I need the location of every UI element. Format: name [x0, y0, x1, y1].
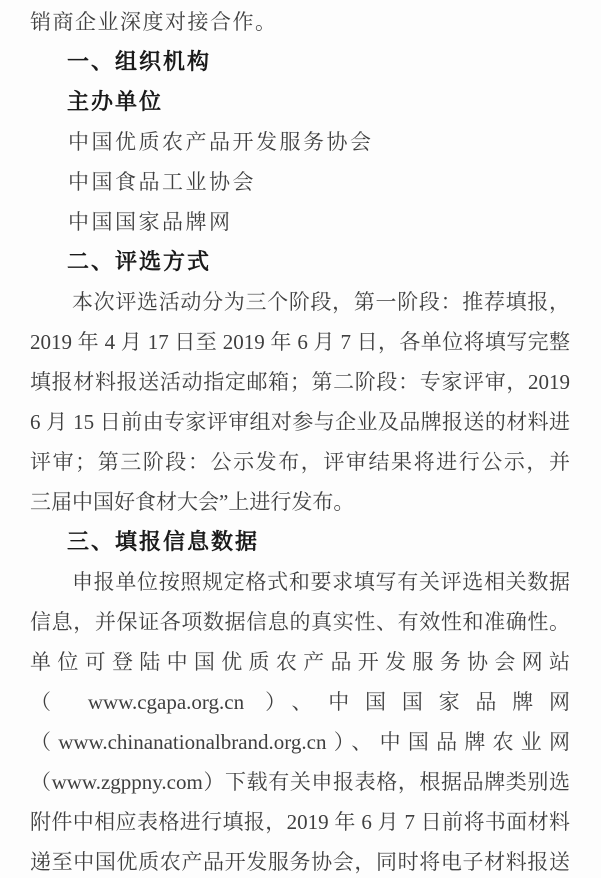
section-1-subheading: 主办单位 [67, 82, 570, 122]
body-line: 递至中国优质农产品开发服务协会，同时将电子材料报送至 [30, 842, 570, 878]
body-line-url: （www.chinanationalbrand.org.cn）、中国品牌农业网 [30, 722, 570, 762]
organizer-item: 中国食品工业协会 [68, 162, 570, 202]
document-page: 销商企业深度对接合作。 一、组织机构 主办单位 中国优质农产品开发服务协会 中国… [0, 0, 601, 878]
body-line: 信息，并保证各项数据信息的真实性、有效性和准确性。各 [30, 602, 570, 642]
body-line: 6 月 15 日前由专家评审组对参与企业及品牌报送的材料进行 [30, 402, 570, 442]
organizer-item: 中国优质农产品开发服务协会 [68, 122, 570, 162]
body-line: 本次评选活动分为三个阶段，第一阶段：推荐填报，自 [30, 282, 570, 322]
section-3-heading: 三、填报信息数据 [67, 522, 570, 562]
body-line: 填报材料报送活动指定邮箱；第二阶段：专家评审，2019 年 [30, 362, 570, 402]
body-line: 评审；第三阶段：公示发布，评审结果将进行公示，并在“第 [30, 442, 570, 482]
body-line-url: （ www.cgapa.org.cn ）、中国国家品牌网 [30, 682, 570, 722]
section-1-heading: 一、组织机构 [67, 42, 570, 82]
body-line: 2019 年 4 月 17 日至 2019 年 6 月 7 日，各单位将填写完整… [30, 322, 570, 362]
organizer-item: 中国国家品牌网 [68, 202, 570, 242]
body-line: 单位可登陆中国优质农产品开发服务协会网站 [30, 642, 570, 682]
body-line: 三届中国好食材大会”上进行发布。 [30, 482, 570, 522]
body-line: 申报单位按照规定格式和要求填写有关评选相关数据 [30, 562, 570, 602]
body-line-url: （www.zgppny.com）下载有关申报表格，根据品牌类别选择 [30, 762, 570, 802]
body-line: 附件中相应表格进行填报，2019 年 6 月 7 日前将书面材料快 [30, 802, 570, 842]
intro-line: 销商企业深度对接合作。 [30, 2, 570, 42]
section-2-heading: 二、评选方式 [67, 242, 570, 282]
